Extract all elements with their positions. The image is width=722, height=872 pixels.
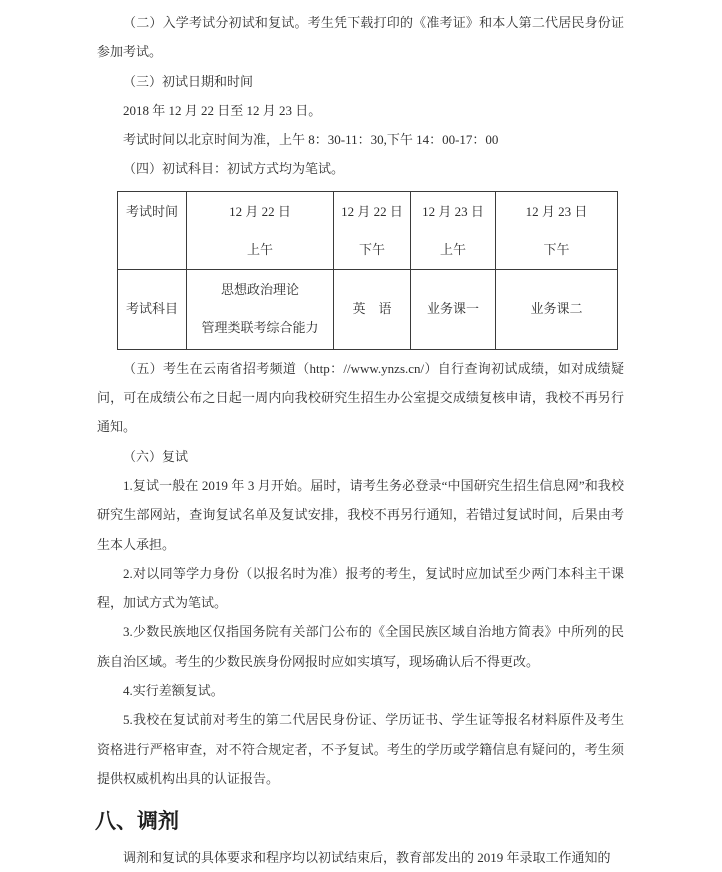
table-row: 考试时间12 月 22 日上午12 月 22 日下午12 月 23 日上午12 … — [118, 191, 618, 269]
paragraph: （二）入学考试分初试和复试。考生凭下载打印的《准考证》和本人第二代居民身份证参加… — [97, 8, 624, 67]
cell-line: 12 月 23 日 — [411, 193, 495, 231]
cell-line: 12 月 22 日 — [187, 193, 333, 231]
document-page: （二）入学考试分初试和复试。考生凭下载打印的《准考证》和本人第二代居民身份证参加… — [0, 0, 722, 872]
paragraph: 4.实行差额复试。 — [97, 676, 624, 705]
document-content: （二）入学考试分初试和复试。考生凭下载打印的《准考证》和本人第二代居民身份证参加… — [97, 8, 624, 872]
cell-line: 考试科目 — [118, 290, 186, 328]
table-cell: 12 月 22 日下午 — [334, 191, 411, 269]
exam-schedule-table: 考试时间12 月 22 日上午12 月 22 日下午12 月 23 日上午12 … — [117, 191, 618, 350]
table-cell: 12 月 22 日上午 — [187, 191, 334, 269]
table-cell: 思想政治理论管理类联考综合能力 — [187, 269, 334, 349]
paragraph: 考试时间以北京时间为准，上午 8：30-11：30,下午 14：00-17：00 — [97, 125, 624, 154]
paragraph: 2.对以同等学力身份（以报名时为准）报考的考生，复试时应加试至少两门本科主干课程… — [97, 559, 624, 618]
cell-line: 考试时间 — [118, 193, 186, 231]
row-label-cell: 考试科目 — [118, 269, 187, 349]
paragraph: 调剂和复试的具体要求和程序均以初试结束后，教育部发出的 2019 年录取工作通知… — [97, 843, 624, 872]
table-cell: 12 月 23 日上午 — [411, 191, 496, 269]
table-cell: 业务课二 — [496, 269, 618, 349]
paragraph: （五）考生在云南省招考频道（http：//www.ynzs.cn/）自行查询初试… — [97, 354, 624, 442]
paragraph: 1.复试一般在 2019 年 3 月开始。届时，请考生务必登录“中国研究生招生信… — [97, 471, 624, 559]
section-heading: 八、调剂 — [95, 807, 624, 837]
paragraph: （四）初试科目：初试方式均为笔试。 — [97, 154, 624, 183]
paragraph: （六）复试 — [97, 442, 624, 471]
cell-line: 下午 — [334, 231, 410, 269]
paragraph: 3.少数民族地区仅指国务院有关部门公布的《全国民族区域自治地方简表》中所列的民族… — [97, 617, 624, 676]
cell-line: 英 语 — [334, 290, 410, 328]
table-cell: 业务课一 — [411, 269, 496, 349]
table-row: 考试科目思想政治理论管理类联考综合能力英 语业务课一业务课二 — [118, 269, 618, 349]
cell-line: 管理类联考综合能力 — [187, 309, 333, 347]
paragraph: 2018 年 12 月 22 日至 12 月 23 日。 — [97, 96, 624, 125]
cell-line: 下午 — [496, 231, 617, 269]
cell-line: 上午 — [411, 231, 495, 269]
cell-line: 12 月 22 日 — [334, 193, 410, 231]
row-label-cell: 考试时间 — [118, 191, 187, 269]
paragraph: （三）初试日期和时间 — [97, 67, 624, 96]
cell-line: 业务课一 — [411, 290, 495, 328]
cell-line: 业务课二 — [496, 290, 617, 328]
paragraph: 5.我校在复试前对考生的第二代居民身份证、学历证书、学生证等报名材料原件及考生资… — [97, 705, 624, 793]
cell-line: 上午 — [187, 231, 333, 269]
cell-line: 12 月 23 日 — [496, 193, 617, 231]
cell-line: 思想政治理论 — [187, 271, 333, 309]
table-cell: 12 月 23 日下午 — [496, 191, 618, 269]
table-cell: 英 语 — [334, 269, 411, 349]
